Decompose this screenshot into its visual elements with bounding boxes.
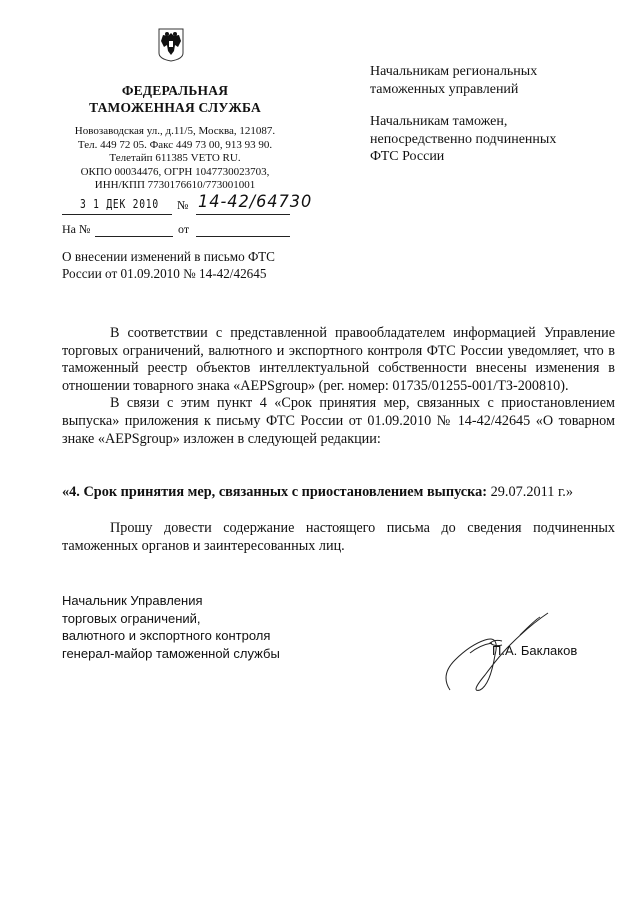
org-name: ФЕДЕРАЛЬНАЯ ТАМОЖЕННАЯ СЛУЖБА [75, 82, 275, 116]
addressees: Начальникам региональных таможенных упра… [370, 63, 610, 181]
org-name-line2: ТАМОЖЕННАЯ СЛУЖБА [75, 99, 275, 116]
signatory-name: П.А. Баклаков [492, 643, 577, 658]
amendment-bold: «4. Срок принятия мер, связанных с приос… [62, 484, 487, 500]
registration-number: 14-42/64730 [198, 192, 312, 212]
subject-line1: О внесении изменений в письмо ФТС [62, 249, 322, 266]
addressee-customs: Начальникам таможен, непосредственно под… [370, 113, 610, 166]
org-name-line1: ФЕДЕРАЛЬНАЯ [75, 82, 275, 99]
addressee-line: непосредственно подчиненных [370, 132, 556, 147]
signatory-title-line: торговых ограничений, [62, 610, 322, 628]
addressee-line: таможенных управлений [370, 82, 518, 97]
signatory-title-line: валютного и экспортного контроля [62, 627, 322, 645]
amendment-value: 29.07.2011 г.» [487, 484, 573, 500]
body-paragraph-1: В соответствии с представленной правообл… [62, 325, 615, 395]
subject-line2: России от 01.09.2010 № 14-42/42645 [62, 266, 322, 283]
reply-to-underline [95, 222, 173, 237]
reply-to-label: На № [62, 222, 90, 237]
subject: О внесении изменений в письмо ФТС России… [62, 249, 322, 282]
signatory-title-line: генерал-майор таможенной службы [62, 645, 322, 663]
number-label: № [177, 198, 188, 213]
amendment-line: «4. Срок принятия мер, связанных с приос… [62, 484, 622, 501]
addressee-line: Начальникам таможен, [370, 114, 507, 129]
signatory-title-line: Начальник Управления [62, 592, 322, 610]
russian-coat-of-arms-icon [157, 27, 185, 63]
addressee-regional: Начальникам региональных таможенных упра… [370, 63, 610, 98]
addressee-line: ФТС России [370, 149, 444, 164]
closing-text: Прошу довести содержание настоящего пись… [62, 519, 615, 555]
closing-paragraph: Прошу довести содержание настоящего пись… [62, 519, 615, 555]
registration-date: 3 1 ДЕК 2010 [80, 197, 159, 211]
body-paragraph-2: В связи с этим пункт 4 «Срок принятия ме… [62, 395, 615, 448]
address-line: ОКПО 00034476, ОГРН 1047730023703, [60, 166, 290, 180]
address-line: Тел. 449 72 05. Факс 449 73 00, 913 93 9… [60, 139, 290, 153]
address-line: ИНН/КПП 7730176610/773001001 [60, 179, 290, 193]
reply-from-label: от [178, 222, 189, 237]
addressee-line: Начальникам региональных [370, 64, 537, 79]
signatory-title: Начальник Управления торговых ограничени… [62, 592, 322, 662]
reply-from-underline [196, 222, 290, 237]
address-line: Телетайп 611385 VETO RU. [60, 152, 290, 166]
org-address: Новозаводская ул., д.11/5, Москва, 12108… [60, 125, 290, 193]
letter-body: В соответствии с представленной правообл… [62, 325, 615, 448]
address-line: Новозаводская ул., д.11/5, Москва, 12108… [60, 125, 290, 139]
